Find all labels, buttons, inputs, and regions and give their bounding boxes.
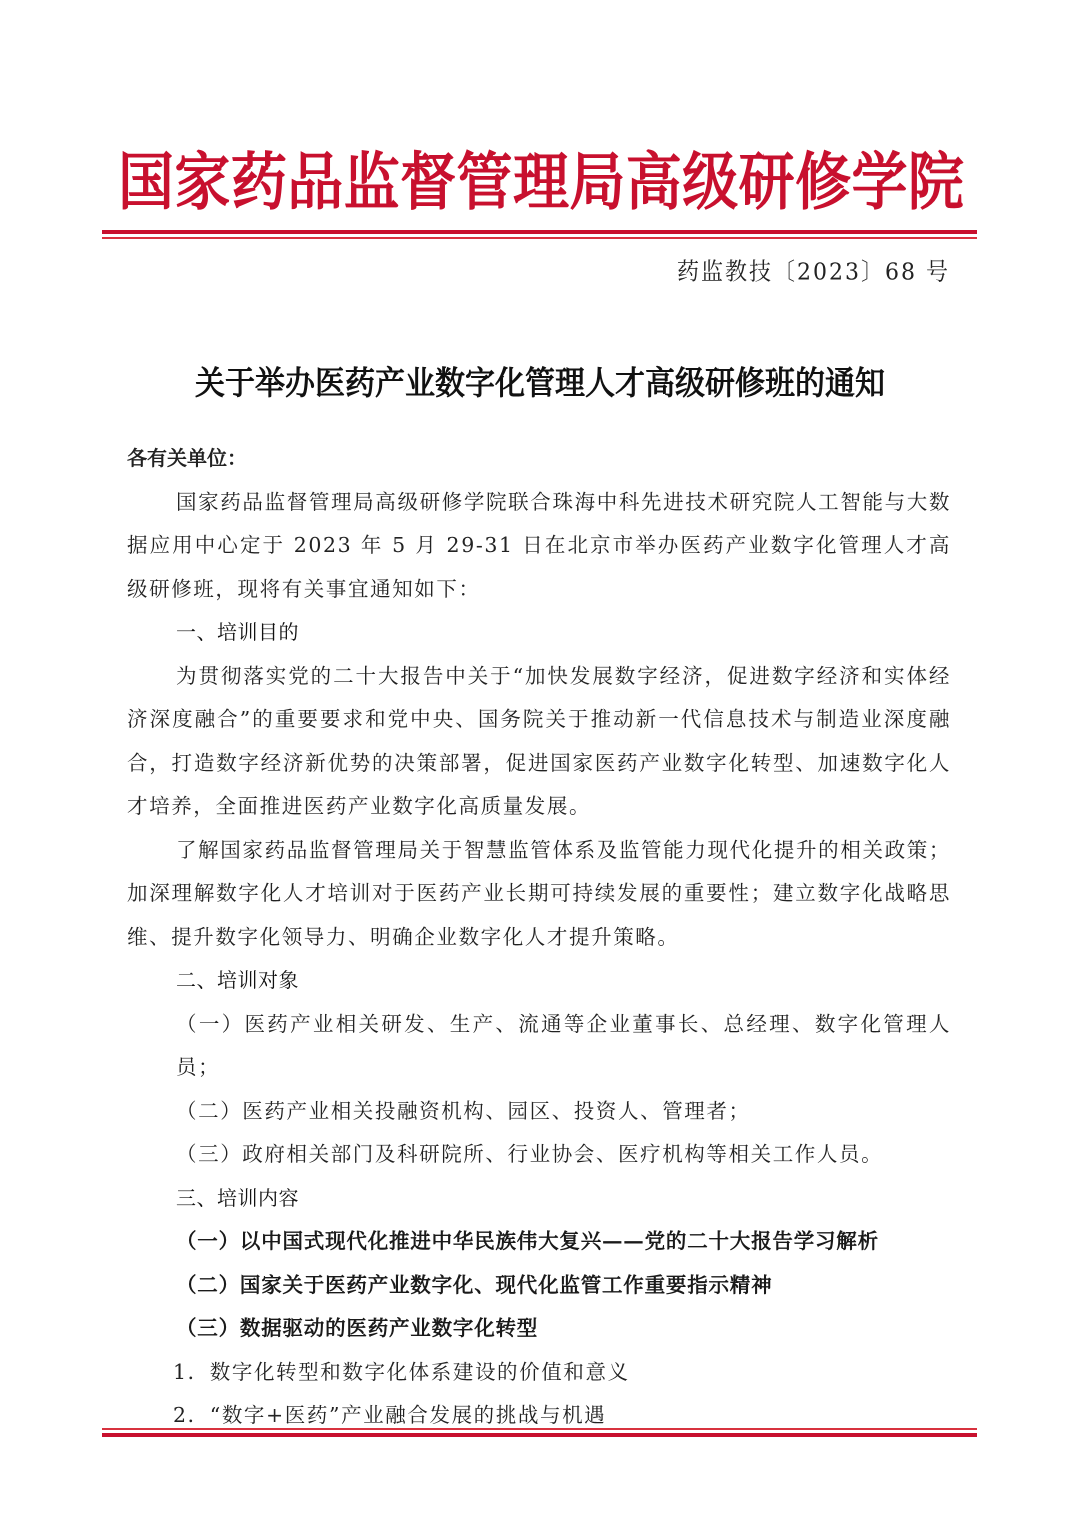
document-body: 各有关单位： 国家药品监督管理局高级研修学院联合珠海中科先进技术研究院人工智能与… xyxy=(127,437,951,1438)
audience-item: （一）医药产业相关研发、生产、流通等企业董事长、总经理、数字化管理人员； xyxy=(127,1003,951,1090)
masthead-char: 高 xyxy=(626,142,682,223)
content-item: （三）数据驱动的医药产业数字化转型 xyxy=(127,1307,951,1351)
masthead-char: 品 xyxy=(287,142,343,223)
footer-rule-thin xyxy=(102,1428,977,1430)
masthead-char: 修 xyxy=(795,142,851,223)
masthead-char: 级 xyxy=(682,142,738,223)
content-item: （二）国家关于医药产业数字化、现代化监管工作重要指示精神 xyxy=(127,1264,951,1308)
masthead-rule-thick xyxy=(102,230,977,234)
masthead-rule-thin xyxy=(102,237,977,239)
masthead-char: 理 xyxy=(513,142,569,223)
document-title: 关于举办医药产业数字化管理人才高级研修班的通知 xyxy=(0,356,1080,404)
content-item: （一）以中国式现代化推进中华民族伟大复兴——党的二十大报告学习解析 xyxy=(127,1220,951,1264)
purpose-paragraph: 了解国家药品监督管理局关于智慧监管体系及监管能力现代化提升的相关政策；加深理解数… xyxy=(127,829,951,960)
masthead-char: 督 xyxy=(400,142,456,223)
masthead-char: 药 xyxy=(231,142,287,223)
section-heading-audience: 二、培训对象 xyxy=(127,959,951,1003)
masthead-char: 学 xyxy=(851,142,907,223)
masthead-char: 院 xyxy=(908,142,964,223)
section-heading-purpose: 一、培训目的 xyxy=(127,611,951,655)
salutation: 各有关单位： xyxy=(127,437,951,481)
footer-rule-thick xyxy=(102,1433,977,1437)
audience-item: （二）医药产业相关投融资机构、园区、投资人、管理者； xyxy=(127,1090,951,1134)
content-sub-item: 1．数字化转型和数字化体系建设的价值和意义 xyxy=(127,1351,951,1395)
masthead-char: 国 xyxy=(118,142,174,223)
document-number: 药监教技〔2023〕68 号 xyxy=(677,254,950,287)
masthead-char: 研 xyxy=(739,142,795,223)
masthead-char: 管 xyxy=(457,142,513,223)
masthead-char: 家 xyxy=(174,142,230,223)
masthead-char: 监 xyxy=(344,142,400,223)
masthead-char: 局 xyxy=(569,142,625,223)
section-heading-content: 三、培训内容 xyxy=(127,1177,951,1221)
intro-paragraph: 国家药品监督管理局高级研修学院联合珠海中科先进技术研究院人工智能与大数据应用中心… xyxy=(127,481,951,612)
masthead-org-name: 国 家 药 品 监 督 管 理 局 高 级 研 修 学 院 xyxy=(118,146,964,218)
purpose-paragraph: 为贯彻落实党的二十大报告中关于“加快发展数字经济，促进数字经济和实体经济深度融合… xyxy=(127,655,951,829)
audience-item: （三）政府相关部门及科研院所、行业协会、医疗机构等相关工作人员。 xyxy=(127,1133,951,1177)
content-sub-item: 2．“数字+医药”产业融合发展的挑战与机遇 xyxy=(127,1394,951,1438)
